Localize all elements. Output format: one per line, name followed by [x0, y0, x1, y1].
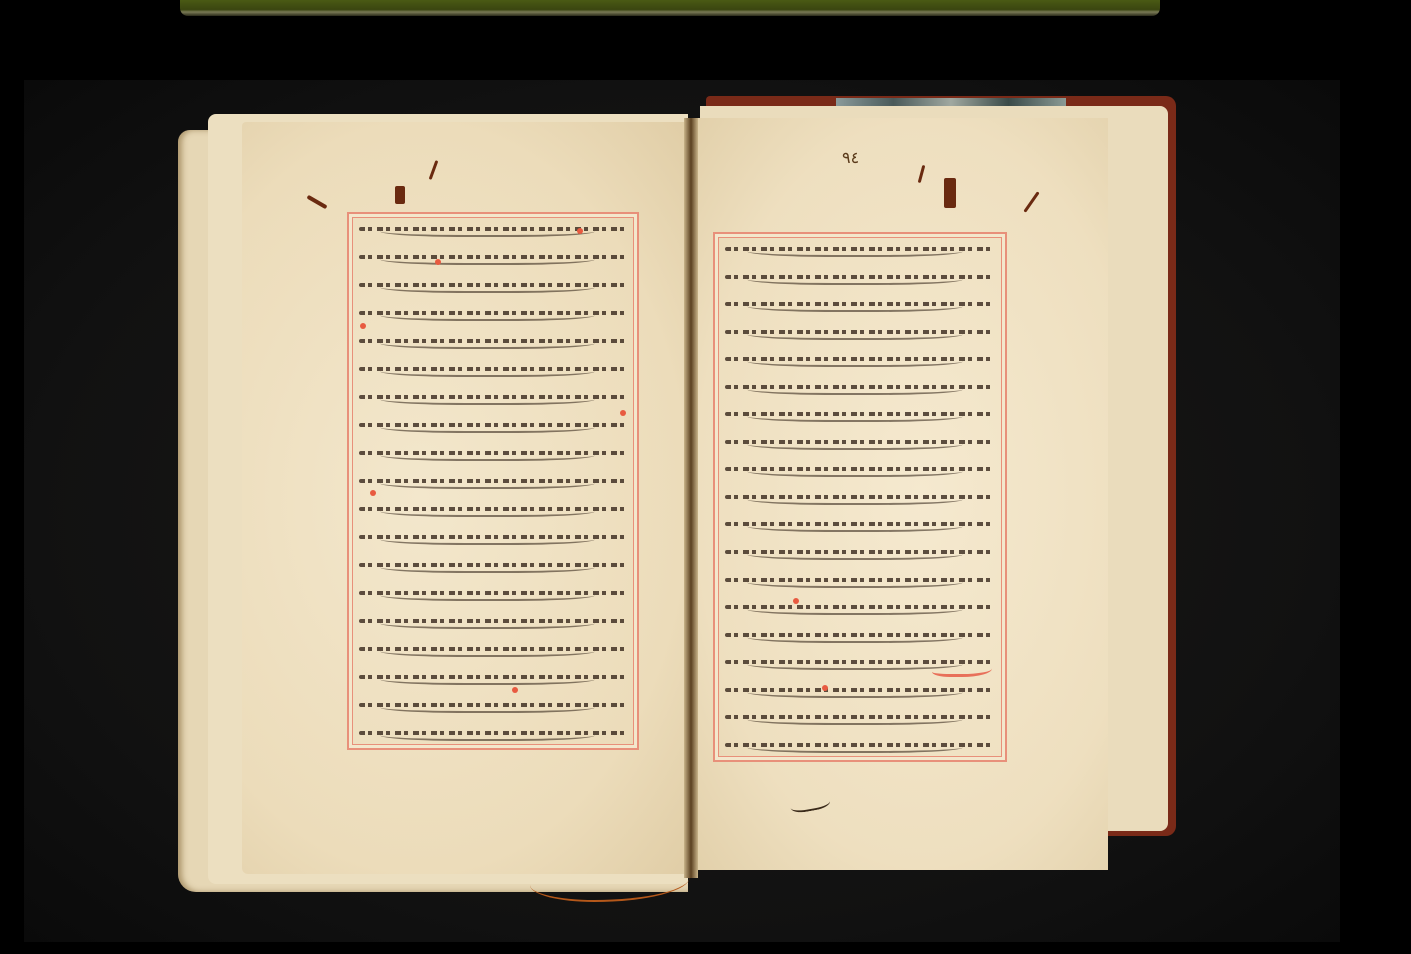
script-line — [359, 390, 627, 404]
script-line — [359, 222, 627, 236]
script-line — [725, 380, 995, 394]
script-line — [359, 418, 627, 432]
bottom-black-band — [0, 942, 1411, 954]
script-line — [725, 462, 995, 476]
gutter — [684, 118, 698, 878]
rubric-dot — [822, 685, 828, 691]
script-line — [359, 250, 627, 264]
script-line — [359, 446, 627, 460]
rubric-dot — [360, 323, 366, 329]
left-text-block — [347, 212, 639, 750]
script-line — [359, 586, 627, 600]
rubric-dot — [577, 228, 583, 234]
binding-thread — [530, 860, 690, 902]
script-line — [359, 502, 627, 516]
script-line — [359, 558, 627, 572]
script-line — [359, 334, 627, 348]
script-line — [725, 600, 995, 614]
script-line — [725, 517, 995, 531]
script-line — [725, 710, 995, 724]
right-text-block — [713, 232, 1007, 762]
script-line — [725, 352, 995, 366]
script-line — [359, 726, 627, 740]
rubric-dot — [435, 259, 441, 265]
open-manuscript: ٩٤ — [0, 0, 1411, 954]
script-line — [725, 407, 995, 421]
script-line — [725, 242, 995, 256]
script-line — [725, 683, 995, 697]
script-line — [725, 628, 995, 642]
script-line — [725, 545, 995, 559]
rubric-dot — [512, 687, 518, 693]
script-line — [725, 435, 995, 449]
rubric-dot — [370, 490, 376, 496]
script-line — [725, 325, 995, 339]
script-line — [725, 573, 995, 587]
red-rubric-phrase — [932, 660, 992, 677]
script-line — [359, 698, 627, 712]
script-line — [359, 362, 627, 376]
script-line — [725, 738, 995, 752]
folio-number: ٩٤ — [842, 148, 859, 167]
script-line — [359, 530, 627, 544]
left-text-lines — [359, 222, 627, 740]
marginal-mark — [944, 178, 956, 208]
script-line — [359, 670, 627, 684]
script-line — [725, 490, 995, 504]
marginal-mark — [395, 186, 405, 204]
script-line — [359, 306, 627, 320]
script-line — [359, 474, 627, 488]
script-line — [725, 297, 995, 311]
rubric-dot — [793, 598, 799, 604]
script-line — [359, 278, 627, 292]
script-line — [359, 614, 627, 628]
script-line — [725, 270, 995, 284]
script-line — [359, 642, 627, 656]
rubric-dot — [620, 410, 626, 416]
